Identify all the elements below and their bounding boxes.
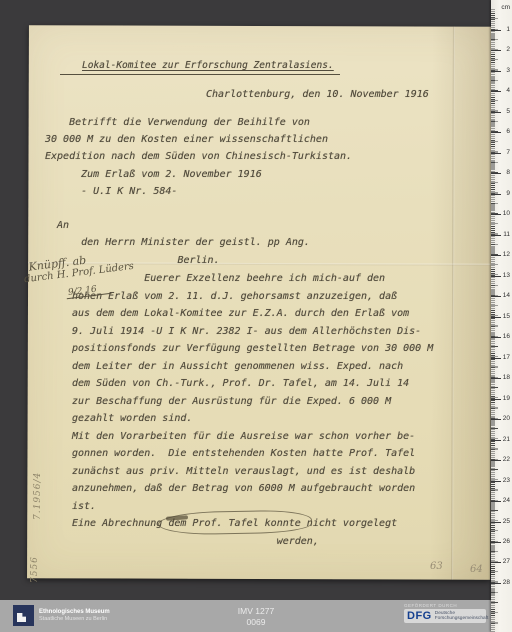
ruler-label: 22	[503, 456, 510, 463]
ruler-label: 8	[506, 169, 510, 176]
ruler-cm-tick	[491, 583, 501, 584]
ruler-cm-tick	[491, 91, 501, 92]
ruler-label: 14	[503, 292, 510, 299]
ruler-cm-tick	[491, 460, 501, 461]
ruler-cm-tick	[491, 419, 501, 420]
ruler-label: 15	[503, 313, 510, 320]
pencil-folio-number-63: 63	[430, 561, 443, 572]
ruler-label: 26	[503, 538, 510, 545]
ruler-cm-tick	[491, 132, 501, 133]
ruler-cm-tick	[491, 542, 501, 543]
ruler-label: 1	[506, 26, 510, 33]
margin-inventory-number-upper: 7.1956/4	[33, 472, 43, 520]
ruler-label: 4	[506, 87, 510, 94]
cm-ruler: cm12345678910111213141516171819202122232…	[491, 0, 512, 632]
ruler-label: 6	[506, 128, 510, 135]
ruler-label: 13	[503, 272, 510, 279]
ruler-label: 11	[503, 231, 510, 238]
dfg-logo-row: DFG Deutsche Forschungsgemeinschaft	[404, 609, 486, 623]
dfg-acronym: DFG	[407, 610, 432, 622]
letter-heading-committee: Lokal-Komitee zur Erforschung Zentralasi…	[60, 60, 340, 75]
ruler-label: 21	[503, 436, 510, 443]
ruler-label: 18	[503, 374, 510, 381]
ruler-cm-tick	[491, 173, 501, 174]
ruler-label: 19	[503, 395, 510, 402]
pencil-folio-number-64: 64	[470, 564, 483, 575]
letter-dateline: Charlottenburg, den 10. November 1916	[206, 89, 429, 100]
letter-subject-and-address-block: Betrifft die Verwendung der Beihilfe von…	[45, 114, 352, 269]
ruler-cm-tick	[491, 358, 501, 359]
ruler-cm-tick	[491, 255, 501, 256]
ruler-label: 28	[503, 579, 510, 586]
ruler-label: 3	[506, 67, 510, 74]
ruler-label: 10	[503, 210, 510, 217]
ruler-label: 16	[503, 333, 510, 340]
ruler-cm-tick	[491, 214, 501, 215]
ruler-label: 12	[503, 251, 510, 258]
ruler-cm-tick	[491, 562, 501, 563]
ruler-cm-tick	[491, 194, 501, 195]
ruler-label: 20	[503, 415, 510, 422]
ruler-label: 5	[506, 108, 510, 115]
ruler-cm-tick	[491, 30, 501, 31]
ruler-label: 23	[503, 477, 510, 484]
ruler-cm-tick	[491, 337, 501, 338]
dfg-logo: GEFÖRDERT DURCH DFG Deutsche Forschungsg…	[404, 603, 486, 623]
dfg-funded-by-label: GEFÖRDERT DURCH	[404, 603, 486, 608]
ruler-label: 7	[506, 149, 510, 156]
ruler-cm-tick	[491, 399, 501, 400]
ruler-cm-tick	[491, 522, 501, 523]
letter-body-text: Euerer Exzellenz beehre ich mich-auf den…	[72, 270, 433, 550]
archive-scan-viewport: Lokal-Komitee zur Erforschung Zentralasi…	[0, 0, 512, 632]
ruler-label: 24	[503, 497, 510, 504]
ruler-label: 9	[506, 190, 510, 197]
archive-footer-bar: Ethnologisches Museum Staatliche Museen …	[0, 600, 512, 632]
ruler-cm-tick	[491, 317, 501, 318]
ruler-cm-tick	[491, 440, 501, 441]
dfg-full-name: Deutsche Forschungsgemeinschaft	[435, 611, 489, 622]
ruler-label: cm	[501, 4, 510, 11]
ruler-cm-tick	[491, 378, 501, 379]
ruler-cm-tick	[491, 153, 501, 154]
ruler-cm-tick	[491, 235, 501, 236]
ruler-label: 17	[503, 354, 510, 361]
ruler-label: 25	[503, 518, 510, 525]
ruler-halfcm-ticks	[491, 9, 498, 632]
ruler-cm-tick	[491, 501, 501, 502]
margin-inventory-number-lower: 7556	[30, 556, 40, 583]
ruler-label: 2	[506, 46, 510, 53]
ruler-cm-tick	[491, 71, 501, 72]
ruler-cm-tick	[491, 112, 501, 113]
ruler-cm-tick	[491, 481, 501, 482]
paper-edge-shading	[430, 27, 492, 580]
ruler-label: 27	[503, 558, 510, 565]
dfg-name-line2: Forschungsgemeinschaft	[435, 616, 489, 622]
ruler-cm-tick	[491, 296, 501, 297]
ruler-cm-tick	[491, 276, 501, 277]
ruler-cm-tick	[491, 50, 501, 51]
